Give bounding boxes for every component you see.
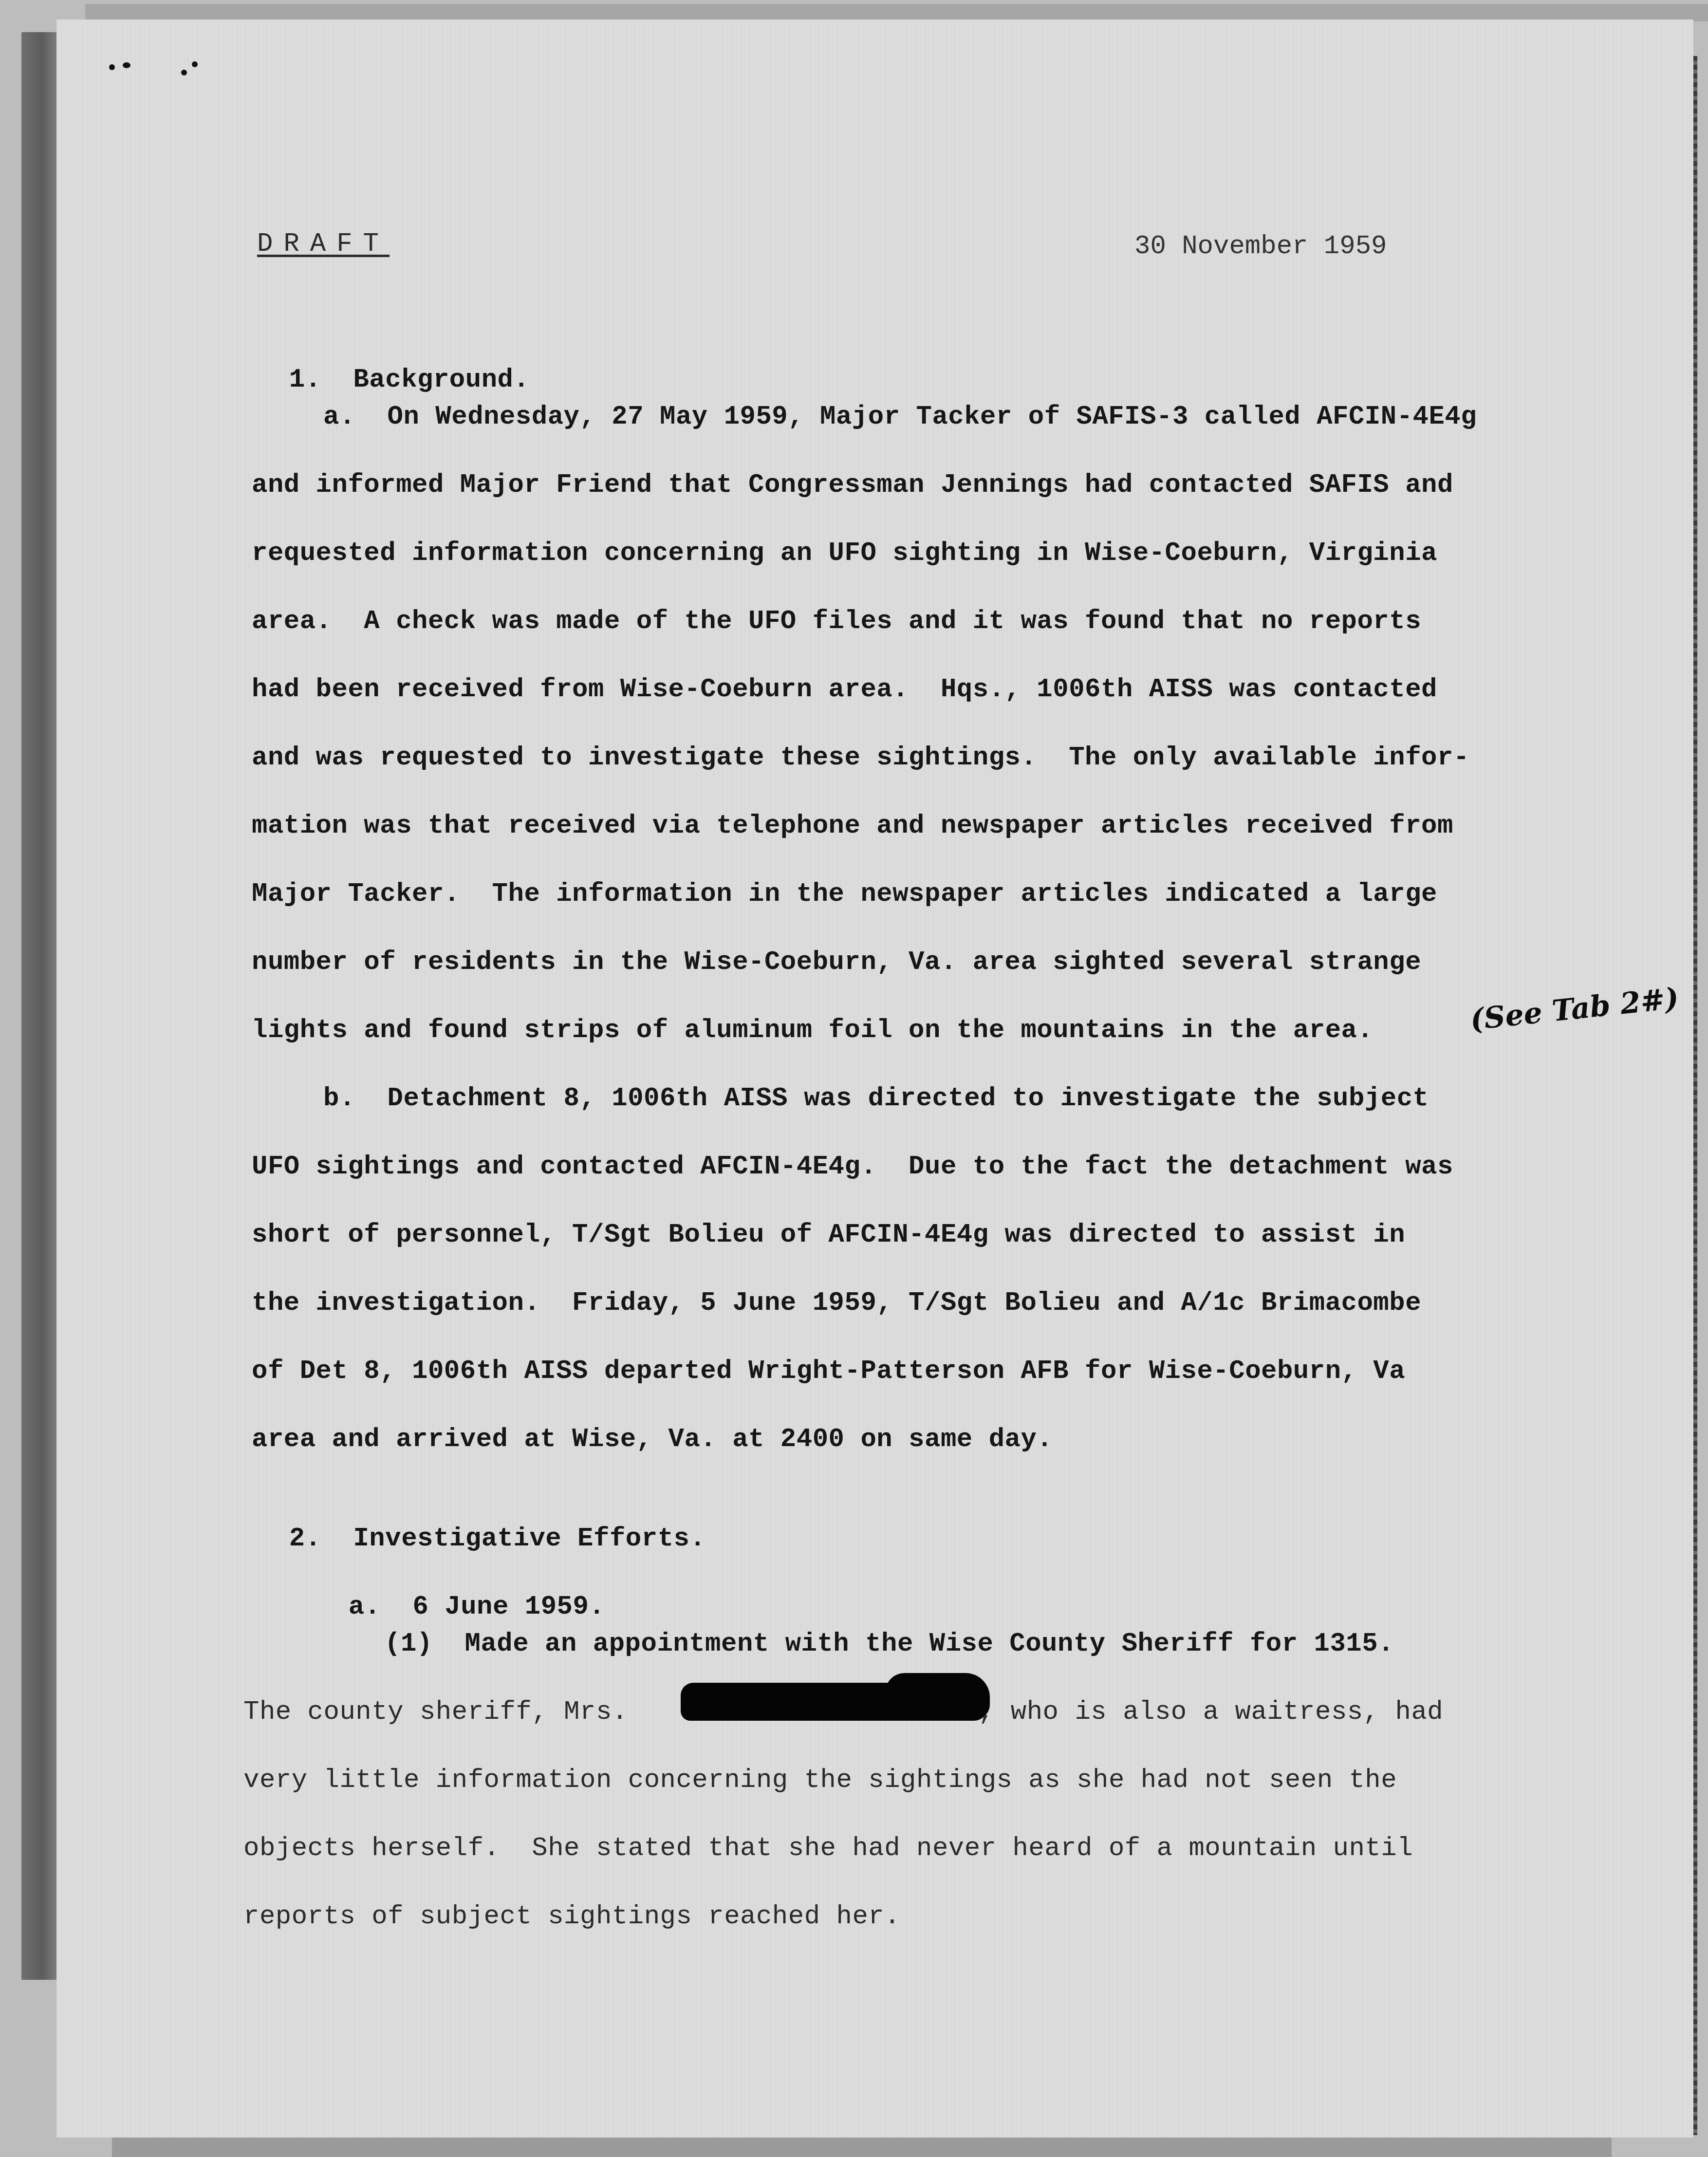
text-line: area and arrived at Wise, Va. at 2400 on… — [252, 1424, 1053, 1455]
text-line: reports of subject sightings reached her… — [243, 1901, 900, 1933]
text-line: and was requested to investigate these s… — [252, 743, 1469, 774]
page-right-edge — [1693, 56, 1697, 2135]
scan-top-shadow — [85, 4, 1708, 21]
text-line: short of personnel, T/Sgt Bolieu of AFCI… — [252, 1220, 1405, 1251]
section-heading-background: 1. Background. — [257, 334, 529, 396]
subsection-label: a. — [349, 1592, 381, 1622]
text-line: (1) Made an appointment with the Wise Co… — [385, 1629, 1394, 1660]
text-line: The county sheriff, Mrs. — [243, 1697, 628, 1728]
scan-bottom-shadow — [112, 2135, 1612, 2157]
speck-mark — [192, 61, 198, 67]
section-heading-investigative-efforts: 2. Investigative Efforts. — [257, 1492, 705, 1555]
text-line: area. A check was made of the UFO files … — [252, 606, 1421, 637]
section-title: Background. — [353, 365, 529, 395]
text-line: very little information concerning the s… — [243, 1765, 1397, 1796]
section-number: 1. — [289, 365, 321, 395]
redaction-blot — [681, 1683, 988, 1721]
scan-left-shadow — [21, 32, 56, 1980]
text-line: mation was that received via telephone a… — [252, 811, 1453, 842]
section-number: 2. — [289, 1524, 321, 1554]
text-line: a. On Wednesday, 27 May 1959, Major Tack… — [323, 402, 1477, 433]
text-line: lights and found strips of aluminum foil… — [252, 1015, 1373, 1046]
text-line: and informed Major Friend that Congressm… — [252, 470, 1453, 501]
speck-mark — [123, 62, 130, 68]
text-line: had been received from Wise-Coeburn area… — [252, 674, 1437, 706]
speck-mark — [181, 70, 187, 75]
text-line: of Det 8, 1006th AISS departed Wright-Pa… — [252, 1356, 1405, 1387]
subsection-date: 6 June 1959. — [412, 1592, 605, 1622]
text-line: number of residents in the Wise-Coeburn,… — [252, 947, 1421, 978]
text-line: requested information concerning an UFO … — [252, 538, 1437, 569]
text-line: UFO sightings and contacted AFCIN-4E4g. … — [252, 1152, 1453, 1183]
subsection-heading: a. 6 June 1959. — [316, 1561, 605, 1623]
text-line: the investigation. Friday, 5 June 1959, … — [252, 1288, 1421, 1319]
section-title: Investigative Efforts. — [353, 1524, 705, 1554]
document-date: 30 November 1959 — [1134, 231, 1387, 262]
speck-mark — [109, 64, 115, 70]
text-line: b. Detachment 8, 1006th AISS was directe… — [323, 1083, 1429, 1115]
text-line: Major Tacker. The information in the new… — [252, 879, 1437, 910]
text-line: , who is also a waitress, had — [979, 1697, 1443, 1728]
text-line: objects herself. She stated that she had… — [243, 1833, 1413, 1864]
draft-heading: DRAFT — [257, 229, 390, 260]
